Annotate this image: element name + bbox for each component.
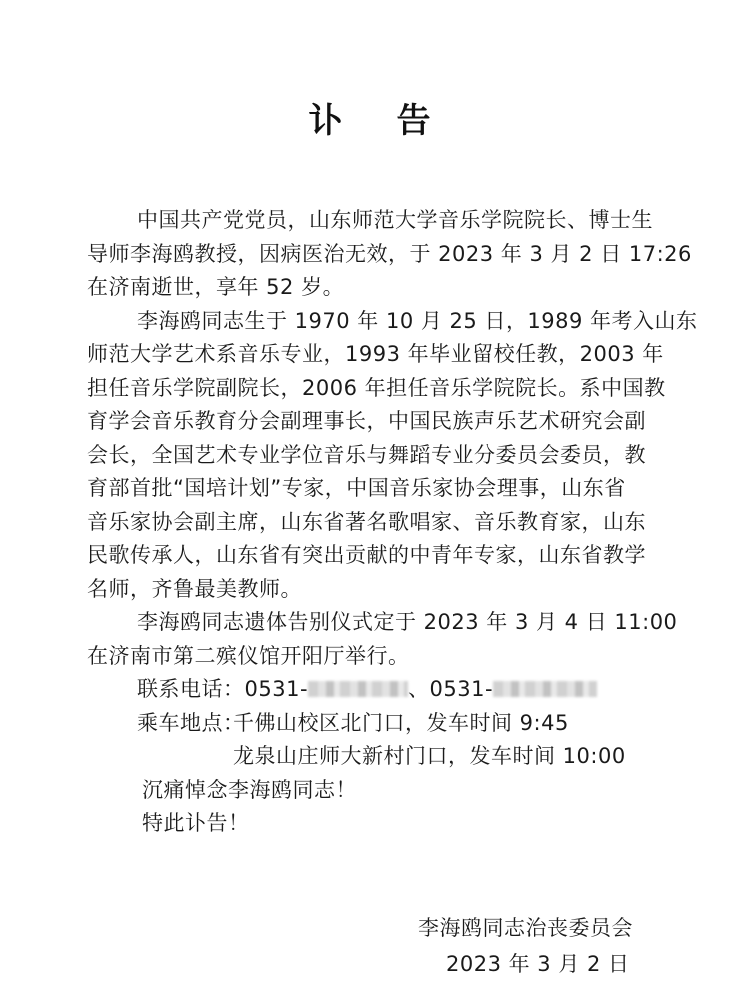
text-line: 在济南逝世，享年 52 岁。	[87, 271, 703, 305]
paragraph-farewell-ceremony: 李海鸥同志遗体告别仪式定于 2023 年 3 月 4 日 11:00 在济南市第…	[87, 606, 703, 673]
document-title: 讣告	[0, 93, 739, 142]
text-line: 导师李海鸥教授，因病医治无效，于 2023 年 3 月 2 日 17:26	[87, 238, 703, 272]
committee-name: 李海鸥同志治丧委员会	[418, 910, 633, 946]
redacted-phone-2	[493, 681, 597, 697]
paragraph-death-notice: 中国共产党党员，山东师范大学音乐学院院长、博士生 导师李海鸥教授，因病医治无效，…	[87, 204, 703, 305]
ride-stop-text: 龙泉山庄师大新村门口，发车时间 10:00	[233, 744, 626, 768]
text-line: 中国共产党党员，山东师范大学音乐学院院长、博士生	[87, 204, 703, 238]
ride-label: 乘车地点：	[137, 707, 233, 741]
signature-date: 2023 年 3 月 2 日	[418, 946, 633, 982]
text-line: 民歌传承人，山东省有突出贡献的中青年专家，山东省教学	[87, 539, 703, 573]
text-line: 李海鸥同志生于 1970 年 10 月 25 日，1989 年考入山东	[87, 305, 703, 339]
contact-phones: 联系电话：0531-、0531-	[137, 673, 703, 707]
phone-1-prefix: 0531-	[245, 677, 309, 701]
phone-2-prefix: 0531-	[430, 677, 494, 701]
signature-block: 李海鸥同志治丧委员会 2023 年 3 月 2 日	[418, 910, 633, 982]
text-line: 李海鸥同志遗体告别仪式定于 2023 年 3 月 4 日 11:00	[87, 606, 703, 640]
ride-stop-1: 乘车地点：千佛山校区北门口，发车时间 9:45	[137, 707, 703, 741]
text-line: 育学会音乐教育分会副理事长，中国民族声乐艺术研究会副	[87, 405, 703, 439]
text-line: 育部首批“国培计划”专家，中国音乐家协会理事，山东省	[87, 472, 703, 506]
phone-separator: 、	[408, 677, 430, 701]
text-line: 音乐家协会副主席，山东省著名歌唱家、音乐教育家，山东	[87, 506, 703, 540]
text-line: 师范大学艺术系音乐专业，1993 年毕业留校任教，2003 年	[87, 338, 703, 372]
paragraph-biography: 李海鸥同志生于 1970 年 10 月 25 日，1989 年考入山东 师范大学…	[87, 305, 703, 607]
notice-line: 特此讣告！	[142, 807, 703, 841]
redacted-phone-1	[308, 681, 408, 697]
contact-label: 联系电话：	[137, 677, 245, 701]
title-char-1: 讣	[309, 93, 343, 142]
title-char-2: 告	[397, 93, 431, 142]
obituary-body: 中国共产党党员，山东师范大学音乐学院院长、博士生 导师李海鸥教授，因病医治无效，…	[87, 204, 703, 841]
text-line: 在济南市第二殡仪馆开阳厅举行。	[87, 640, 703, 674]
text-line: 名师，齐鲁最美教师。	[87, 573, 703, 607]
text-line: 会长，全国艺术专业学位音乐与舞蹈专业分委员会委员，教	[87, 439, 703, 473]
text-line: 担任音乐学院副院长，2006 年担任音乐学院院长。系中国教	[87, 372, 703, 406]
ride-stop-2: 龙泉山庄师大新村门口，发车时间 10:00	[87, 740, 703, 774]
mourning-line: 沉痛悼念李海鸥同志！	[142, 774, 703, 808]
ride-stop-text: 千佛山校区北门口，发车时间 9:45	[233, 711, 569, 735]
